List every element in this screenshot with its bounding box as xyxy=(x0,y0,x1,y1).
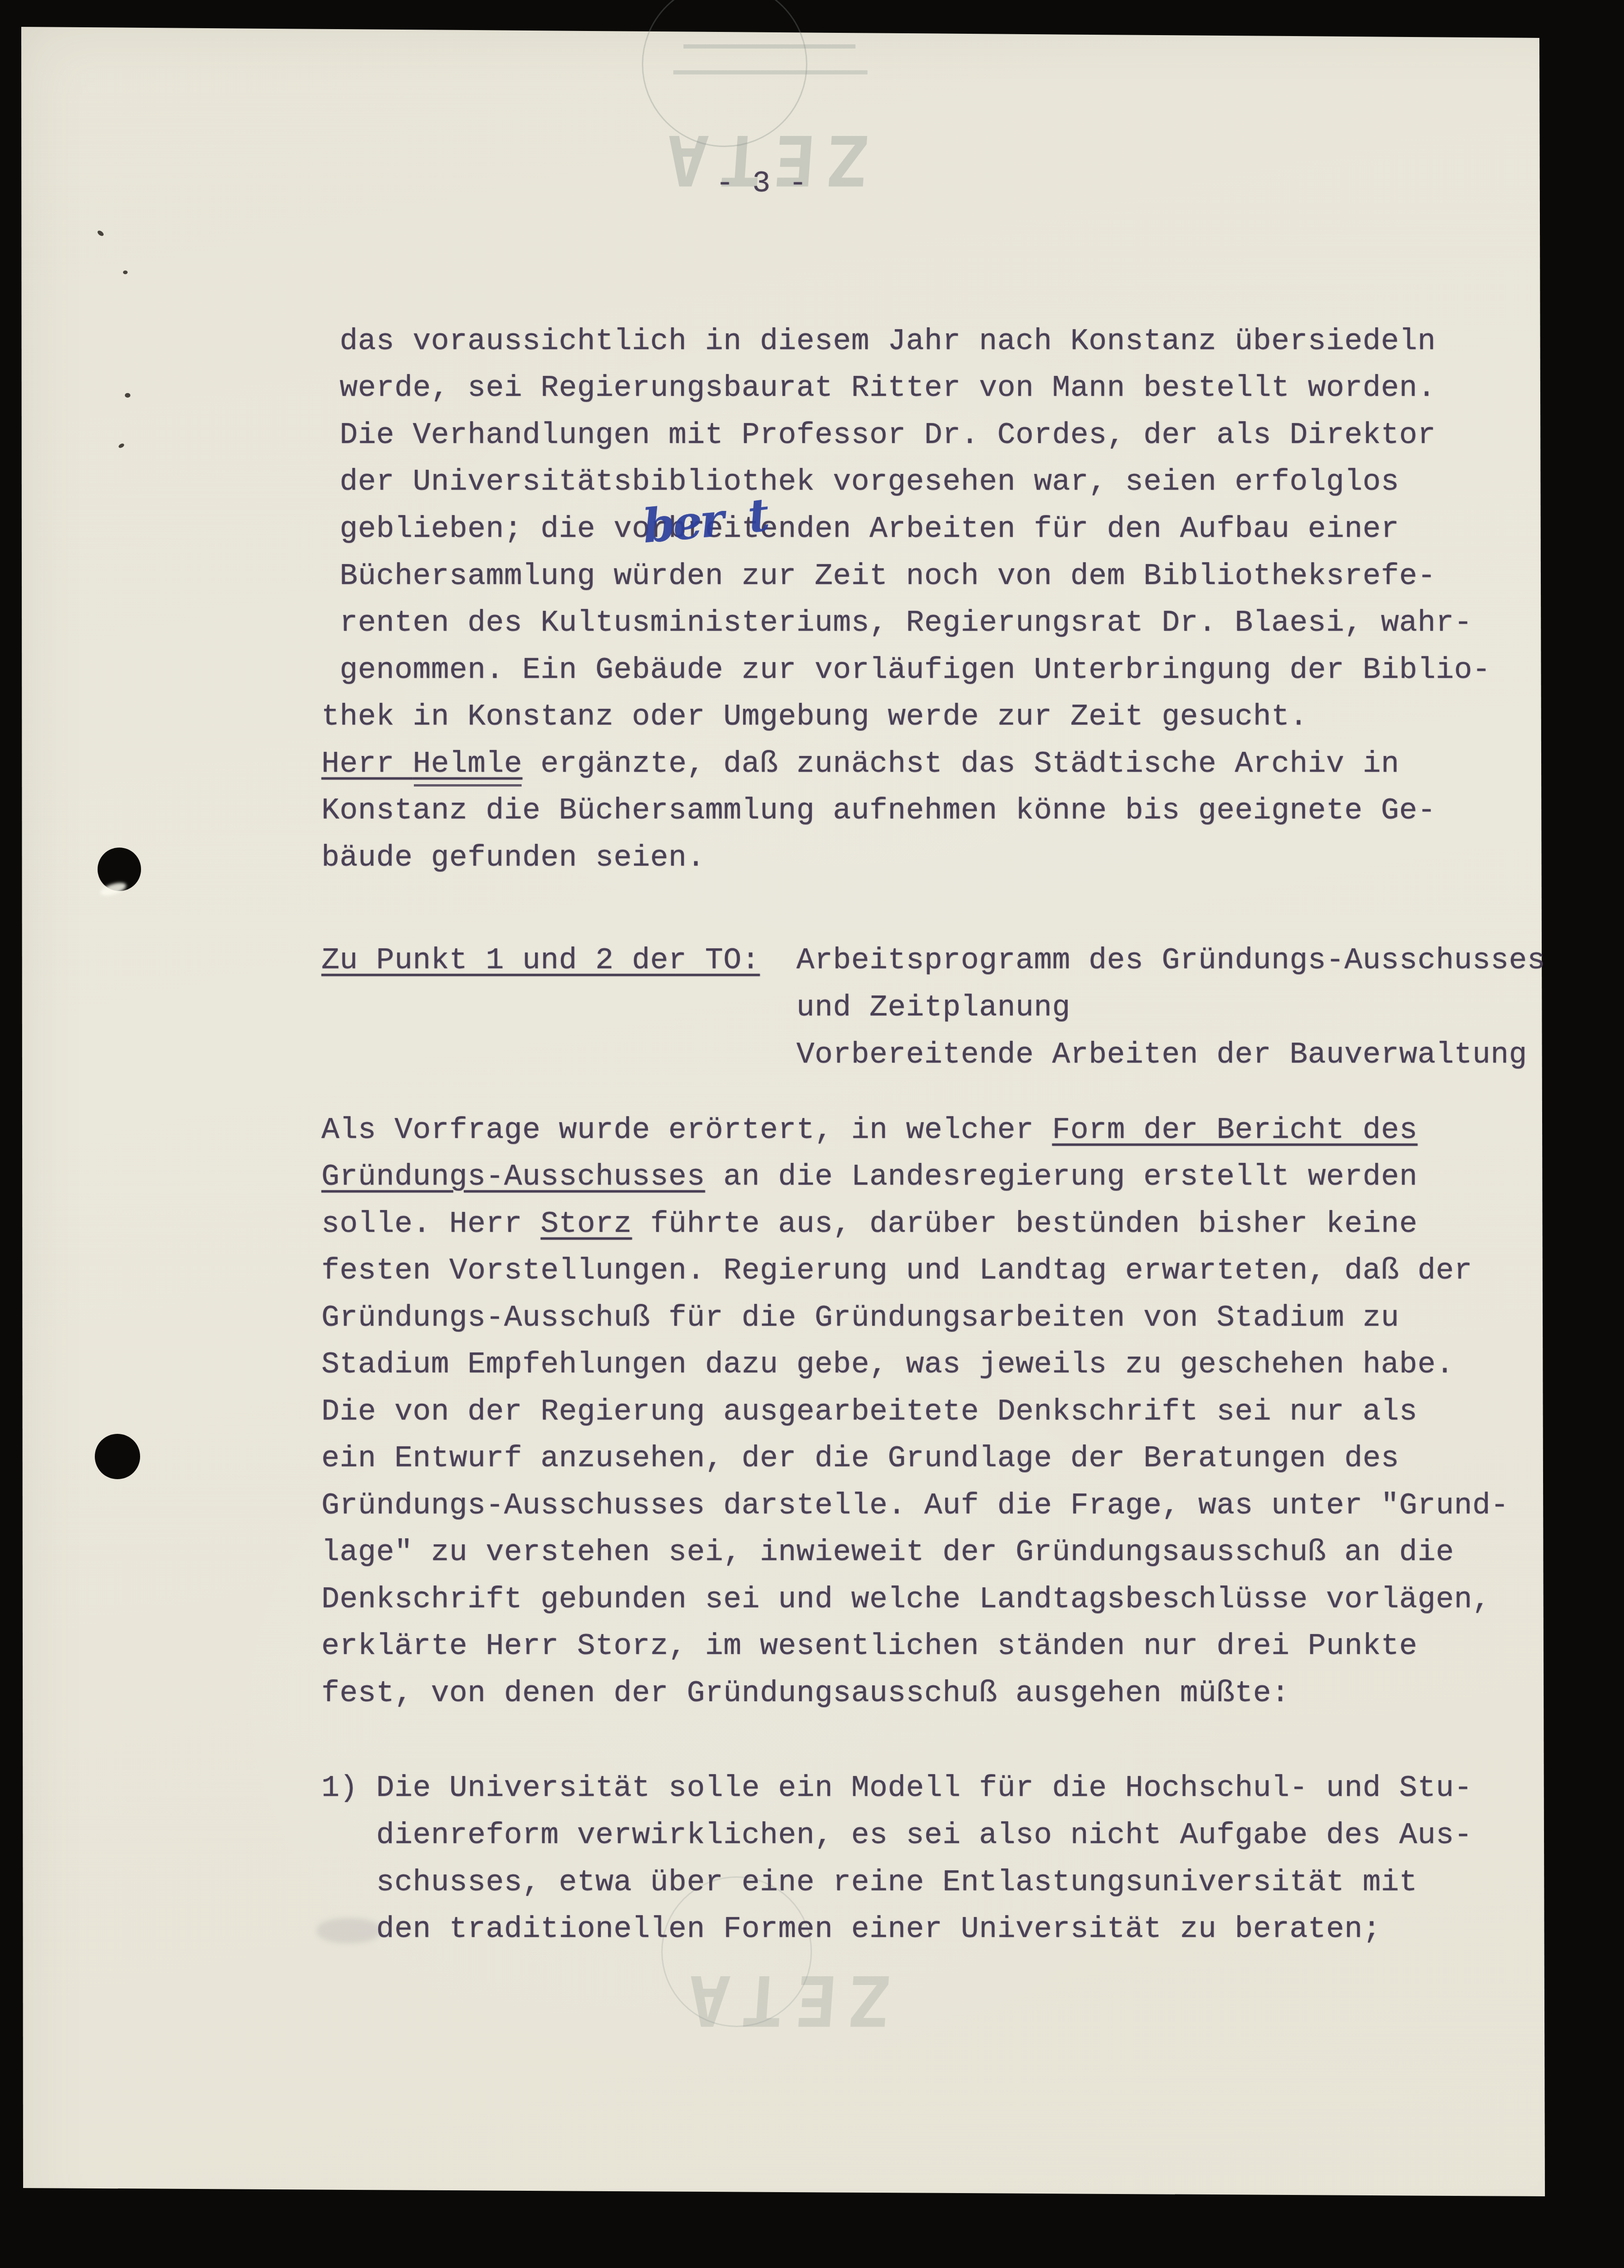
typed-text: ergänzte, daß zunächst das Städtische Ar… xyxy=(523,747,1399,781)
typed-text: Gründungs-Ausschusses darstelle. Auf die… xyxy=(321,1488,1509,1523)
typed-text: festen Vorstellungen. Regierung und Land… xyxy=(321,1254,1472,1288)
typed-text: ein Entwurf anzusehen, der die Grundlage… xyxy=(321,1441,1399,1475)
typed-line-1: das voraussichtlich in diesem Jahr nach … xyxy=(321,326,1436,356)
typed-text: dienreform verwirklichen, es sei also ni… xyxy=(321,1818,1472,1852)
typed-line-29: 1) Die Universität solle ein Modell für … xyxy=(321,1773,1472,1803)
typed-text: schusses, etwa über eine reine Entlastun… xyxy=(321,1865,1417,1899)
typed-line-19: festen Vorstellungen. Regierung und Land… xyxy=(321,1256,1472,1286)
pin-mark xyxy=(125,393,130,398)
typed-text: den traditionellen Formen einer Universi… xyxy=(321,1912,1381,1946)
typed-line-14: und Zeitplanung xyxy=(321,993,1070,1023)
typed-text: Die Verhandlungen mit Professor Dr. Cord… xyxy=(321,418,1436,452)
typed-text: genommen. Ein Gebäude zur vorläufigen Un… xyxy=(321,653,1490,687)
typed-line-11: Konstanz die Büchersammlung aufnehmen kö… xyxy=(321,796,1436,826)
typed-line-3: Die Verhandlungen mit Professor Dr. Cord… xyxy=(321,420,1436,450)
typed-line-28: fest, von denen der Gründungsausschuß au… xyxy=(321,1678,1290,1709)
typed-line-2: werde, sei Regierungsbaurat Ritter von M… xyxy=(321,373,1436,403)
typed-text: erklärte Herr Storz, im wesentlichen stä… xyxy=(321,1629,1417,1663)
typed-line-27: erklärte Herr Storz, im wesentlichen stä… xyxy=(321,1631,1417,1661)
typed-line-10: Herr Helmle ergänzte, daß zunächst das S… xyxy=(321,749,1399,779)
typed-line-31: schusses, etwa über eine reine Entlastun… xyxy=(321,1868,1417,1898)
typed-line-21: Stadium Empfehlungen dazu gebe, was jewe… xyxy=(321,1350,1454,1380)
punch-hole-bottom xyxy=(95,1434,140,1479)
typed-line-25: lage" zu verstehen sei, inwieweit der Gr… xyxy=(321,1537,1454,1567)
underlined-text: Gründungs-Ausschusses xyxy=(321,1160,705,1194)
pin-mark xyxy=(123,270,128,274)
typed-line-18: solle. Herr Storz führte aus, darüber be… xyxy=(321,1209,1417,1239)
typed-line-16: Als Vorfrage wurde erörtert, in welcher … xyxy=(321,1115,1417,1145)
typed-line-13: Zu Punkt 1 und 2 der TO: Arbeitsprogramm… xyxy=(321,946,1545,976)
underlined-text: Storz xyxy=(541,1207,632,1241)
typed-line-32: den traditionellen Formen einer Universi… xyxy=(321,1914,1381,1944)
typed-text: Gründungs-Ausschuß für die Gründungsarbe… xyxy=(321,1301,1399,1335)
typed-text: und Zeitplanung xyxy=(321,990,1070,1025)
watermark-bar xyxy=(683,44,855,49)
typed-text: werde, sei Regierungsbaurat Ritter von M… xyxy=(321,371,1436,405)
typed-text: Als Vorfrage wurde erörtert, in welcher xyxy=(321,1113,1052,1147)
erased-text-smudge xyxy=(317,1918,381,1943)
typed-text: Konstanz die Büchersammlung aufnehmen kö… xyxy=(321,793,1436,828)
typed-text: das voraussichtlich in diesem Jahr nach … xyxy=(321,324,1436,358)
typed-text: renten des Kultusministeriums, Regierung… xyxy=(321,606,1472,640)
typed-text: Die von der Regierung ausgearbeitete Den… xyxy=(321,1395,1417,1429)
watermark-bar xyxy=(673,70,867,74)
typed-text: fest, von denen der Gründungsausschuß au… xyxy=(321,1676,1290,1710)
typed-text: Vorbereitende Arbeiten der Bauverwaltung xyxy=(321,1038,1527,1072)
typed-line-24: Gründungs-Ausschusses darstelle. Auf die… xyxy=(321,1491,1509,1521)
typed-text: Denkschrift gebunden sei und welche Land… xyxy=(321,1582,1490,1616)
typed-line-5: geblieben; die vorbreitenden Arbeiten fü… xyxy=(321,514,1399,544)
typed-text: solle. Herr xyxy=(321,1207,541,1241)
watermark-text-bottom: ZETA xyxy=(673,1960,894,2040)
typed-line-30: dienreform verwirklichen, es sei also ni… xyxy=(321,1820,1472,1850)
page-number: - 3 - xyxy=(716,166,807,201)
typed-line-23: ein Entwurf anzusehen, der die Grundlage… xyxy=(321,1444,1399,1474)
typed-text: der Universitätsbibliothek vorgesehen wa… xyxy=(321,465,1399,499)
document-scan: ZETA ZETA - 3 - das voraussichtlich in d… xyxy=(0,0,1624,2268)
underlined-text: Helmle xyxy=(413,749,523,779)
typed-text: thek in Konstanz oder Umgebung werde zur… xyxy=(321,700,1308,734)
underlined-text: Form der Bericht des xyxy=(1052,1113,1417,1147)
typed-line-15: Vorbereitende Arbeiten der Bauverwaltung xyxy=(321,1040,1527,1070)
typed-line-20: Gründungs-Ausschuß für die Gründungsarbe… xyxy=(321,1303,1399,1333)
typed-text: Arbeitsprogramm des Gründungs-Ausschusse… xyxy=(760,943,1545,977)
typed-line-9: thek in Konstanz oder Umgebung werde zur… xyxy=(321,702,1308,732)
typed-line-12: bäude gefunden seien. xyxy=(321,843,705,873)
typed-text: bäude gefunden seien. xyxy=(321,841,705,875)
typed-line-6: Büchersammlung würden zur Zeit noch von … xyxy=(321,561,1436,591)
typed-line-22: Die von der Regierung ausgearbeitete Den… xyxy=(321,1397,1417,1427)
typed-text: geblieben; die vorbreitenden Arbeiten fü… xyxy=(321,512,1399,546)
typed-text: Büchersammlung würden zur Zeit noch von … xyxy=(321,559,1436,593)
underlined-text: Zu Punkt 1 und 2 der TO: xyxy=(321,943,760,977)
typed-line-26: Denkschrift gebunden sei und welche Land… xyxy=(321,1585,1490,1615)
handwritten-correction-1: ber xyxy=(640,492,724,553)
typed-line-8: genommen. Ein Gebäude zur vorläufigen Un… xyxy=(321,655,1490,685)
typed-text: lage" zu verstehen sei, inwieweit der Gr… xyxy=(321,1535,1454,1569)
typed-text: 1) Die Universität solle ein Modell für … xyxy=(321,1771,1472,1805)
typed-text: an die Landesregierung erstellt werden xyxy=(705,1160,1418,1194)
typed-text: Stadium Empfehlungen dazu gebe, was jewe… xyxy=(321,1347,1454,1382)
underlined-text: Herr xyxy=(321,747,413,781)
typed-text: führte aus, darüber bestünden bisher kei… xyxy=(632,1207,1418,1241)
typed-line-4: der Universitätsbibliothek vorgesehen wa… xyxy=(321,467,1399,497)
typed-line-17: Gründungs-Ausschusses an die Landesregie… xyxy=(321,1162,1417,1192)
typed-line-7: renten des Kultusministeriums, Regierung… xyxy=(321,608,1472,638)
